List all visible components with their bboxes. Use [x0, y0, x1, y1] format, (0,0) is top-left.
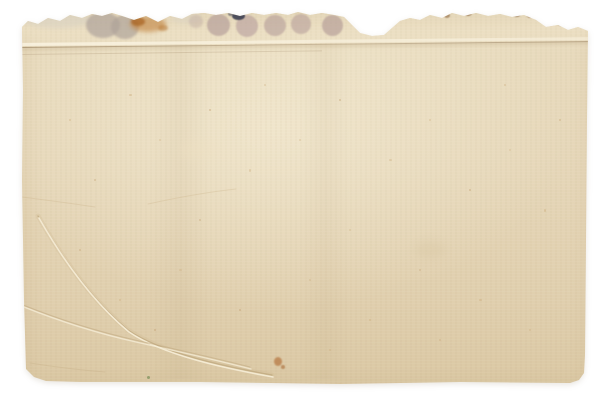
paper-speckle [129, 94, 132, 96]
paper-speckle [509, 149, 511, 151]
paper-speckle [79, 249, 81, 251]
paper-speckle [504, 84, 506, 86]
glue-dot [207, 14, 230, 36]
paper-speckle [369, 319, 371, 321]
paper-speckle [544, 209, 546, 212]
paper-speckle [349, 229, 351, 231]
paper-speckle [479, 299, 482, 301]
torn-edge-shading [0, 0, 612, 15]
marks-layer [0, 0, 612, 399]
paper-speckle [429, 119, 431, 121]
glue-dot [291, 14, 311, 34]
paper-speckle [239, 309, 241, 311]
paper-speckle [249, 169, 251, 172]
rust-stain [131, 17, 145, 26]
paper-shadow-wrap [0, 0, 612, 399]
glue-dot [264, 15, 286, 36]
paper-speckle [299, 139, 301, 141]
rust-dot [281, 365, 285, 369]
paper-speckle [439, 339, 441, 341]
rust-dot [274, 357, 282, 366]
brown-speck [393, 18, 398, 22]
paper-speckle [69, 119, 71, 121]
paper-speckle [94, 179, 96, 181]
paper-speckle [419, 269, 421, 271]
photo-canvas [0, 0, 612, 399]
tone-smudge [180, 139, 220, 161]
paper-speckle [199, 219, 201, 221]
tone-smudge [415, 241, 445, 259]
brown-speck [527, 14, 532, 18]
rust-stain [158, 25, 168, 31]
brown-speck [512, 10, 521, 17]
brown-speck [444, 13, 450, 18]
paper-speckle [329, 349, 331, 351]
glue-dot [322, 15, 343, 36]
paper-speckle [264, 84, 266, 86]
brown-speck [464, 10, 472, 16]
old-paper-sheet [0, 0, 612, 399]
paper-speckle [154, 329, 156, 331]
ink-spot [228, 12, 233, 16]
paper-speckle [559, 119, 561, 121]
green-speck [147, 376, 150, 379]
brown-speck [484, 10, 490, 15]
paper-speckle [469, 189, 471, 191]
ink-spot [232, 12, 245, 20]
paper-speckle [389, 159, 392, 161]
paper-speckle [309, 279, 311, 281]
paper-speckle [159, 139, 161, 141]
paper-speckle [119, 299, 121, 301]
paper-speckle [529, 329, 531, 331]
paper-speckle [339, 99, 341, 101]
brown-speck [557, 21, 564, 26]
paper-speckle [209, 109, 211, 111]
glue-dot [189, 15, 203, 28]
gray-patch [23, 12, 93, 28]
paper-speckle [179, 269, 182, 271]
